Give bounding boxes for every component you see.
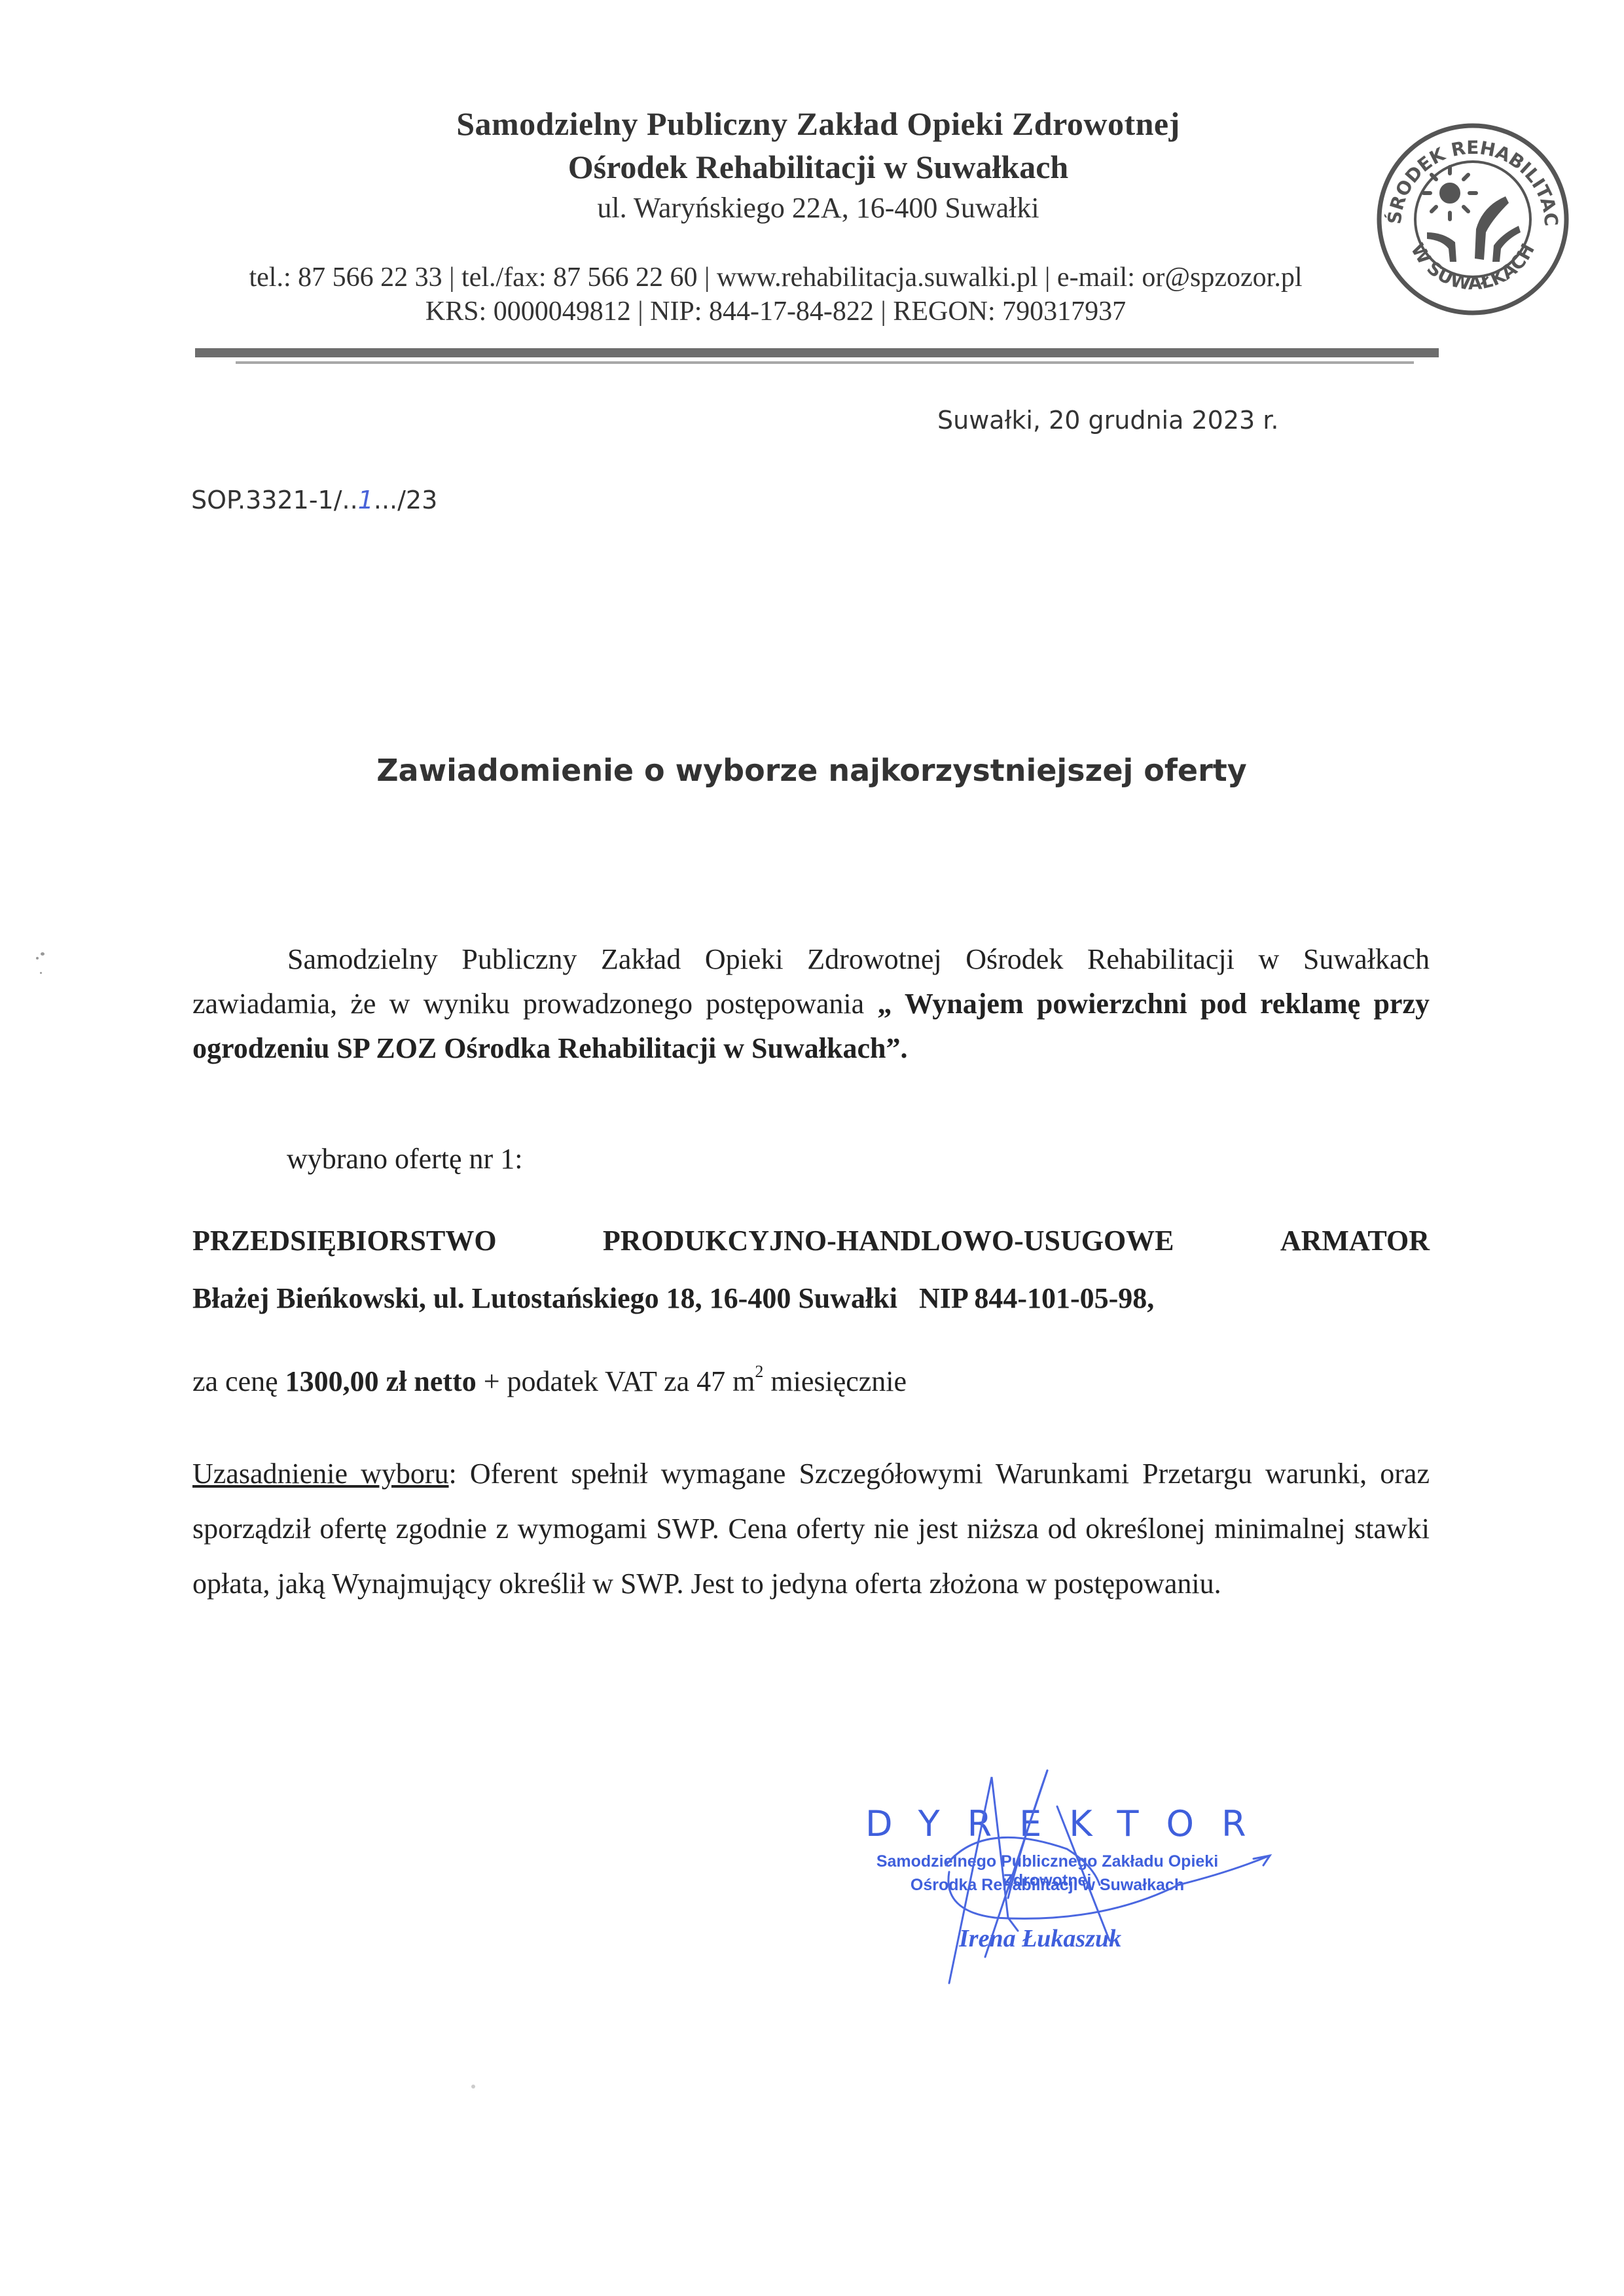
price-superscript: 2 [755, 1362, 763, 1381]
contact-line: tel.: 87 566 22 33 | tel./fax: 87 566 22… [183, 262, 1368, 293]
price-amount: 1300,00 zł netto [285, 1365, 477, 1397]
reference-prefix: SOP.3321-1/.. [191, 486, 358, 514]
document-date: Suwałki, 20 grudnia 2023 r. [937, 406, 1278, 435]
institution-name-line2: Ośrodek Rehabilitacji w Suwałkach [196, 148, 1440, 186]
company-owner-address-line: Błażej Bieńkowski, ul. Lutostańskiego 18… [192, 1282, 1154, 1315]
chosen-offer-label: wybrano ofertę nr 1: [287, 1142, 522, 1175]
company-name-line: PRZEDSIĘBIORSTWO PRODUKCYJNO-HANDLOWO-US… [192, 1224, 1430, 1257]
document-heading: Zawiadomienie o wyborze najkorzystniejsz… [196, 753, 1427, 788]
reference-number: SOP.3321-1/..1.../23 [191, 486, 437, 514]
scan-speck [471, 2085, 475, 2089]
reference-suffix: .../23 [374, 486, 437, 514]
reference-handwritten-number: 1 [358, 486, 374, 514]
header-rule-thin [236, 361, 1414, 364]
scan-speck [40, 972, 42, 974]
scan-speck [36, 957, 39, 960]
registry-ids-line: KRS: 0000049812 | NIP: 844-17-84-822 | R… [183, 296, 1368, 327]
company-word: PRZEDSIĘBIORSTWO [192, 1224, 497, 1257]
rehabilitation-center-seal-icon: OŚRODEK REHABILITACJI W SUWAŁKACH [1371, 121, 1574, 317]
company-word: ARMATOR [1280, 1224, 1430, 1257]
price-prefix: za cenę [192, 1365, 285, 1397]
justification-paragraph: Uzasadnienie wyboru: Oferent spełnił wym… [192, 1446, 1430, 1611]
header-rule-thick [195, 348, 1439, 357]
company-word: PRODUKCYJNO-HANDLOWO-USUGOWE [603, 1224, 1174, 1257]
svg-text:W SUWAŁKACH: W SUWAŁKACH [1407, 240, 1539, 295]
scan-speck [41, 952, 45, 956]
institution-name-line1: Samodzielny Publiczny Zakład Opieki Zdro… [196, 105, 1440, 143]
price-line: za cenę 1300,00 zł netto + podatek VAT z… [192, 1365, 907, 1398]
notification-paragraph: Samodzielny Publiczny Zakład Opieki Zdro… [192, 937, 1430, 1071]
price-mid: + podatek VAT za 47 m [477, 1365, 755, 1397]
institution-address: ul. Waryńskiego 22A, 16-400 Suwałki [196, 191, 1440, 224]
price-suffix: miesięcznie [763, 1365, 907, 1397]
handwritten-signature [851, 1754, 1322, 2016]
justification-label: Uzasadnienie wyboru [192, 1458, 449, 1490]
